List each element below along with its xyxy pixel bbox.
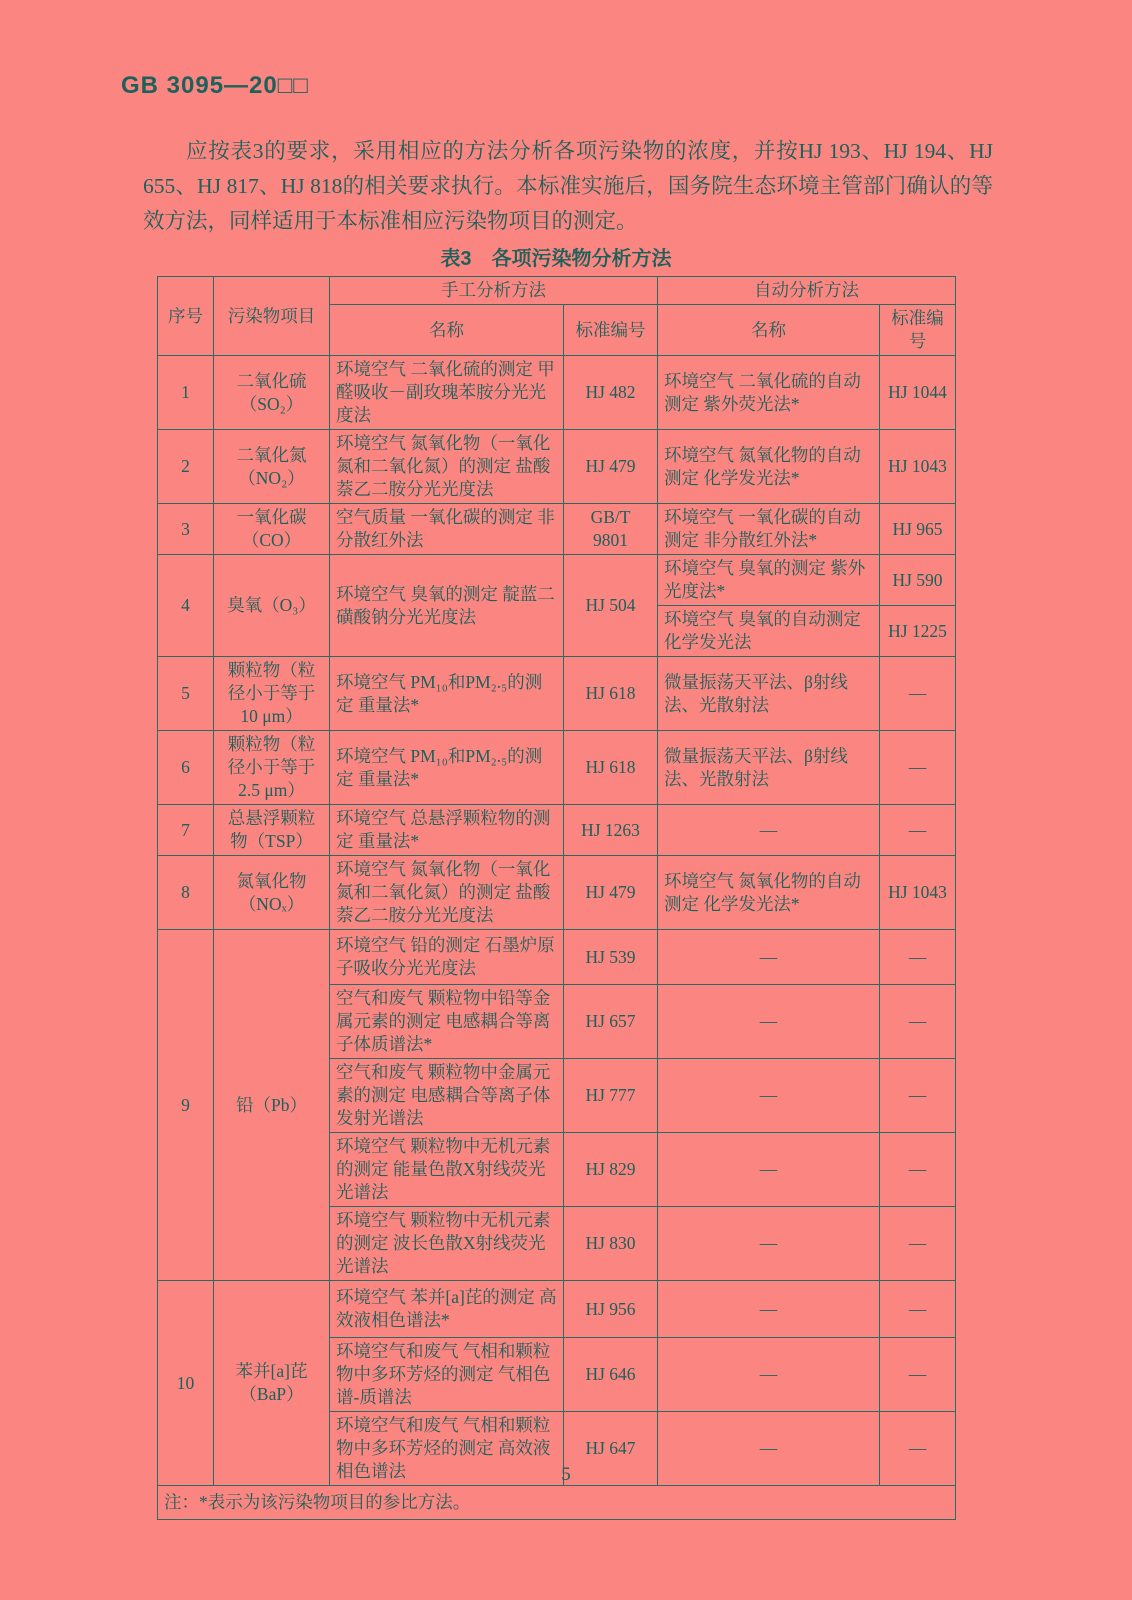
cell-manual-code: HJ 956 bbox=[564, 1281, 658, 1338]
cell-auto-code: — bbox=[880, 1133, 956, 1207]
cell-auto-code: — bbox=[880, 731, 956, 805]
cell-manual-name: 环境空气 颗粒物中无机元素的测定 能量色散X射线荧光光谱法 bbox=[330, 1133, 564, 1207]
cell-auto-code: — bbox=[880, 805, 956, 856]
table-row: 1 二氧化硫 （SO₂） 环境空气 二氧化硫的测定 甲醛吸收－副玫瑰苯胺分光光度… bbox=[158, 356, 956, 430]
cell-auto-code: — bbox=[880, 1207, 956, 1281]
table-row: 5 颗粒物（粒 径小于等于 10 μm） 环境空气 PM₁₀和PM₂.₅的测定 … bbox=[158, 657, 956, 731]
table-footnote: 注：*表示为该污染物项目的参比方法。 bbox=[158, 1486, 956, 1520]
cell-pollutant: 颗粒物（粒 径小于等于 2.5 μm） bbox=[214, 731, 330, 805]
cell-pollutant: 铅（Pb） bbox=[214, 930, 330, 1281]
cell-auto-name: — bbox=[658, 1133, 880, 1207]
cell-auto-code: — bbox=[880, 657, 956, 731]
cell-manual-code: HJ 830 bbox=[564, 1207, 658, 1281]
table-row: 9 铅（Pb） 环境空气 铅的测定 石墨炉原子吸收分光光度法 HJ 539 — … bbox=[158, 930, 956, 985]
cell-auto-code: — bbox=[880, 985, 956, 1059]
cell-auto-name: 微量振荡天平法、β射线法、光散射法 bbox=[658, 731, 880, 805]
cell-manual-name: 环境空气 PM₁₀和PM₂.₅的测定 重量法* bbox=[330, 657, 564, 731]
cell-manual-code: HJ 657 bbox=[564, 985, 658, 1059]
table-note-row: 注：*表示为该污染物项目的参比方法。 bbox=[158, 1486, 956, 1520]
cell-auto-code: HJ 1044 bbox=[880, 356, 956, 430]
cell-manual-code: HJ 646 bbox=[564, 1338, 658, 1412]
cell-manual-code: HJ 618 bbox=[564, 731, 658, 805]
cell-manual-name: 空气和废气 颗粒物中金属元素的测定 电感耦合等离子体发射光谱法 bbox=[330, 1059, 564, 1133]
cell-auto-name: 微量振荡天平法、β射线法、光散射法 bbox=[658, 657, 880, 731]
cell-no: 8 bbox=[158, 856, 214, 930]
cell-manual-name: 环境空气 颗粒物中无机元素的测定 波长色散X射线荧光光谱法 bbox=[330, 1207, 564, 1281]
cell-auto-code: — bbox=[880, 1059, 956, 1133]
cell-manual-code: HJ 1263 bbox=[564, 805, 658, 856]
cell-manual-code: HJ 829 bbox=[564, 1133, 658, 1207]
intro-paragraph: 应按表3的要求，采用相应的方法分析各项污染物的浓度，并按HJ 193、HJ 19… bbox=[143, 134, 993, 239]
cell-auto-name: — bbox=[658, 930, 880, 985]
cell-pollutant: 氮氧化物 （NOₓ） bbox=[214, 856, 330, 930]
page-number: 5 bbox=[0, 1464, 1132, 1486]
cell-no: 5 bbox=[158, 657, 214, 731]
cell-pollutant: 颗粒物（粒 径小于等于 10 μm） bbox=[214, 657, 330, 731]
col-header-manual-group: 手工分析方法 bbox=[330, 277, 658, 305]
analysis-methods-table: 序号 污染物项目 手工分析方法 自动分析方法 名称 标准编号 名称 标准编号 1… bbox=[157, 276, 956, 1520]
cell-no: 6 bbox=[158, 731, 214, 805]
table-row: 10 苯并[a]芘 （BaP） 环境空气 苯并[a]芘的测定 高效液相色谱法* … bbox=[158, 1281, 956, 1338]
cell-auto-name: — bbox=[658, 985, 880, 1059]
cell-manual-name: 环境空气 铅的测定 石墨炉原子吸收分光光度法 bbox=[330, 930, 564, 985]
cell-auto-name: — bbox=[658, 1207, 880, 1281]
cell-pollutant: 二氧化硫 （SO₂） bbox=[214, 356, 330, 430]
cell-auto-code: — bbox=[880, 1281, 956, 1338]
cell-manual-name: 环境空气 总悬浮颗粒物的测定 重量法* bbox=[330, 805, 564, 856]
cell-auto-code: HJ 590 bbox=[880, 555, 956, 606]
cell-auto-name: 环境空气 一氧化碳的自动测定 非分散红外法* bbox=[658, 504, 880, 555]
table-row: 7 总悬浮颗粒 物（TSP） 环境空气 总悬浮颗粒物的测定 重量法* HJ 12… bbox=[158, 805, 956, 856]
cell-manual-name: 环境空气 二氧化硫的测定 甲醛吸收－副玫瑰苯胺分光光度法 bbox=[330, 356, 564, 430]
cell-manual-code: HJ 504 bbox=[564, 555, 658, 657]
cell-manual-name: 环境空气 氮氧化物（一氧化氮和二氧化氮）的测定 盐酸萘乙二胺分光光度法 bbox=[330, 856, 564, 930]
document-page: GB 3095—20□□ 应按表3的要求，采用相应的方法分析各项污染物的浓度，并… bbox=[0, 0, 1132, 1600]
cell-no: 3 bbox=[158, 504, 214, 555]
cell-no: 7 bbox=[158, 805, 214, 856]
cell-auto-code: HJ 1043 bbox=[880, 430, 956, 504]
cell-manual-name: 环境空气 氮氧化物（一氧化氮和二氧化氮）的测定 盐酸萘乙二胺分光光度法 bbox=[330, 430, 564, 504]
cell-auto-name: 环境空气 氮氧化物的自动测定 化学发光法* bbox=[658, 856, 880, 930]
table-row: 2 二氧化氮 （NO₂） 环境空气 氮氧化物（一氧化氮和二氧化氮）的测定 盐酸萘… bbox=[158, 430, 956, 504]
cell-no: 10 bbox=[158, 1281, 214, 1486]
cell-pollutant: 总悬浮颗粒 物（TSP） bbox=[214, 805, 330, 856]
cell-manual-code: HJ 479 bbox=[564, 430, 658, 504]
col-header-auto-group: 自动分析方法 bbox=[658, 277, 956, 305]
table-row: 3 一氧化碳 （CO） 空气质量 一氧化碳的测定 非分散红外法 GB/T 980… bbox=[158, 504, 956, 555]
cell-auto-name: — bbox=[658, 805, 880, 856]
table-row: 4 臭氧（O₃） 环境空气 臭氧的测定 靛蓝二磺酸钠分光光度法 HJ 504 环… bbox=[158, 555, 956, 606]
cell-auto-code: — bbox=[880, 1338, 956, 1412]
table-title: 表3 各项污染物分析方法 bbox=[157, 242, 955, 271]
col-header-auto-code: 标准编号 bbox=[880, 305, 956, 356]
cell-auto-code: HJ 965 bbox=[880, 504, 956, 555]
cell-auto-code: HJ 1225 bbox=[880, 606, 956, 657]
col-header-manual-code: 标准编号 bbox=[564, 305, 658, 356]
cell-manual-name: 空气和废气 颗粒物中铅等金属元素的测定 电感耦合等离子体质谱法* bbox=[330, 985, 564, 1059]
cell-manual-code: HJ 777 bbox=[564, 1059, 658, 1133]
cell-manual-code: HJ 482 bbox=[564, 356, 658, 430]
cell-pollutant: 一氧化碳 （CO） bbox=[214, 504, 330, 555]
col-header-manual-name: 名称 bbox=[330, 305, 564, 356]
cell-auto-name: 环境空气 臭氧的测定 紫外光度法* bbox=[658, 555, 880, 606]
cell-manual-name: 环境空气 苯并[a]芘的测定 高效液相色谱法* bbox=[330, 1281, 564, 1338]
table-row: 8 氮氧化物 （NOₓ） 环境空气 氮氧化物（一氧化氮和二氧化氮）的测定 盐酸萘… bbox=[158, 856, 956, 930]
cell-no: 9 bbox=[158, 930, 214, 1281]
cell-pollutant: 臭氧（O₃） bbox=[214, 555, 330, 657]
cell-auto-code: HJ 1043 bbox=[880, 856, 956, 930]
col-header-pollutant: 污染物项目 bbox=[214, 277, 330, 356]
cell-manual-code: HJ 539 bbox=[564, 930, 658, 985]
cell-no: 4 bbox=[158, 555, 214, 657]
cell-manual-code: HJ 479 bbox=[564, 856, 658, 930]
col-header-no: 序号 bbox=[158, 277, 214, 356]
cell-auto-name: — bbox=[658, 1281, 880, 1338]
cell-manual-code: GB/T 9801 bbox=[564, 504, 658, 555]
cell-no: 2 bbox=[158, 430, 214, 504]
cell-auto-code: — bbox=[880, 930, 956, 985]
cell-auto-name: 环境空气 臭氧的自动测定 化学发光法 bbox=[658, 606, 880, 657]
cell-manual-name: 环境空气 PM₁₀和PM₂.₅的测定 重量法* bbox=[330, 731, 564, 805]
col-header-auto-name: 名称 bbox=[658, 305, 880, 356]
cell-no: 1 bbox=[158, 356, 214, 430]
cell-auto-name: 环境空气 二氧化硫的自动测定 紫外荧光法* bbox=[658, 356, 880, 430]
cell-auto-name: — bbox=[658, 1059, 880, 1133]
cell-manual-code: HJ 618 bbox=[564, 657, 658, 731]
cell-manual-name: 空气质量 一氧化碳的测定 非分散红外法 bbox=[330, 504, 564, 555]
header-row-groups: 序号 污染物项目 手工分析方法 自动分析方法 bbox=[158, 277, 956, 305]
cell-manual-name: 环境空气和废气 气相和颗粒物中多环芳烃的测定 气相色谱-质谱法 bbox=[330, 1338, 564, 1412]
cell-pollutant: 苯并[a]芘 （BaP） bbox=[214, 1281, 330, 1486]
table-row: 6 颗粒物（粒 径小于等于 2.5 μm） 环境空气 PM₁₀和PM₂.₅的测定… bbox=[158, 731, 956, 805]
cell-auto-name: — bbox=[658, 1338, 880, 1412]
cell-pollutant: 二氧化氮 （NO₂） bbox=[214, 430, 330, 504]
cell-auto-name: 环境空气 氮氧化物的自动测定 化学发光法* bbox=[658, 430, 880, 504]
cell-manual-name: 环境空气 臭氧的测定 靛蓝二磺酸钠分光光度法 bbox=[330, 555, 564, 657]
standard-number: GB 3095—20□□ bbox=[121, 72, 309, 100]
